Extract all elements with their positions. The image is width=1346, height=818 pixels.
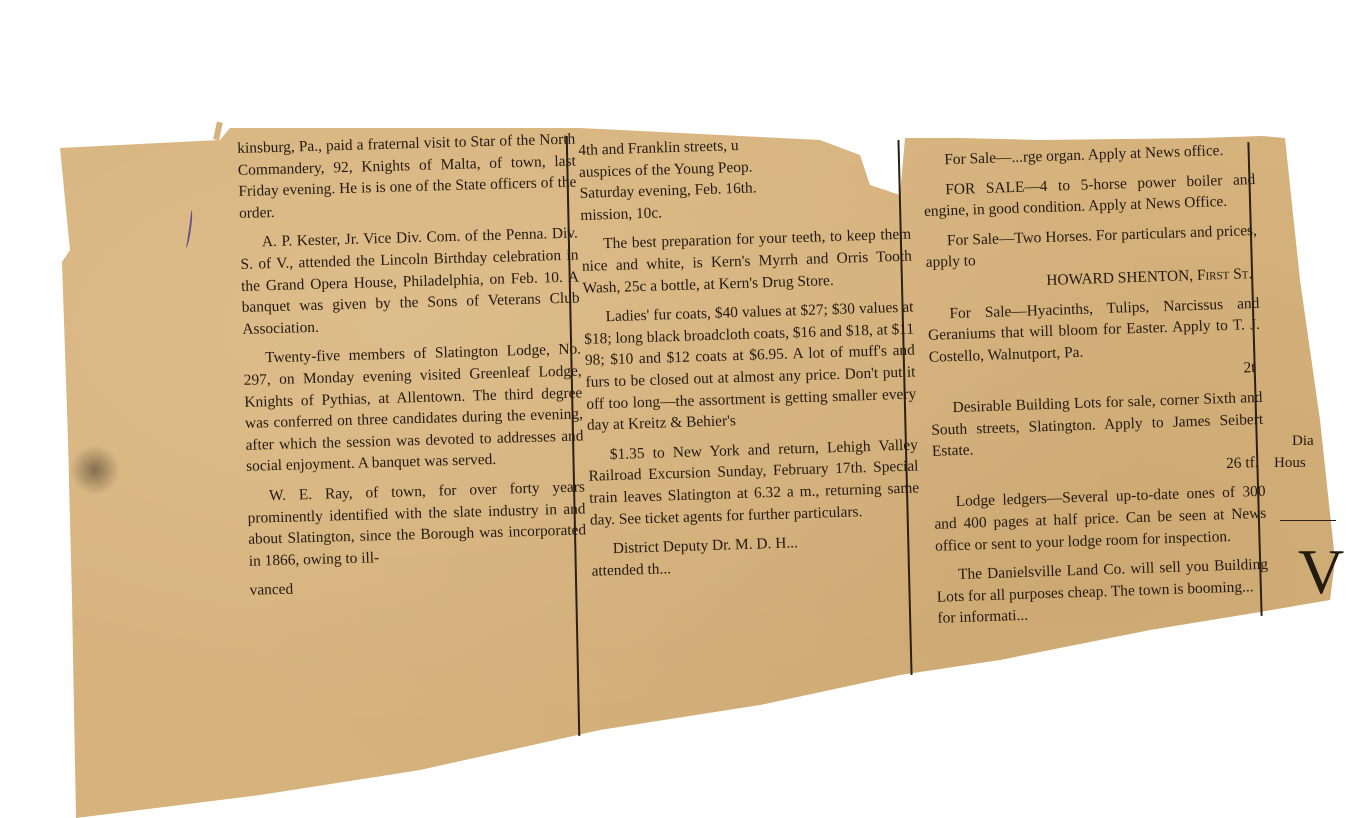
fragment-line: Hous [1274,452,1334,474]
column-4-fragment: Dia Hous V [1274,430,1334,474]
classified-ad: For Sale—Hyacinths, Tulips, Narcissus an… [927,292,1261,368]
article-paragraph: Twenty-five members of Slatington Lodge,… [243,339,584,478]
classified-ad: Lodge ledgers—Several up-to-date ones of… [933,481,1267,557]
advertisement-paragraph: The best preparation for your teeth, to … [581,224,913,299]
article-paragraph: W. E. Ray, of town, for over forty years… [247,476,587,572]
paper-tear-tab [213,122,223,141]
classified-ad: Desirable Building Lots for sale, corner… [930,387,1264,463]
ink-smudge [70,445,120,495]
article-paragraph: kinsburg, Pa., paid a fraternal visit to… [237,129,577,225]
headline-letter: V [1298,540,1344,604]
column-3: For Sale—...rge organ. Apply at News off… [922,139,1270,638]
fragment-line: Dia [1274,430,1334,452]
column-2: 4th and Franklin streets, u auspices of … [578,130,922,590]
article-paragraph: A. P. Kester, Jr. Vice Div. Com. of the … [240,223,581,340]
article-paragraph-torn: vanced [249,571,587,602]
advertisement-paragraph: $1.35 to New York and return, Lehigh Val… [588,434,921,531]
advertisement-paragraph: Ladies' fur coats, $40 values at $27; $3… [583,297,917,437]
column-1: kinsburg, Pa., paid a fraternal visit to… [237,129,588,610]
classified-ad: FOR SALE—4 to 5-horse power boiler and e… [923,169,1256,223]
fragment-rule [1280,520,1336,521]
